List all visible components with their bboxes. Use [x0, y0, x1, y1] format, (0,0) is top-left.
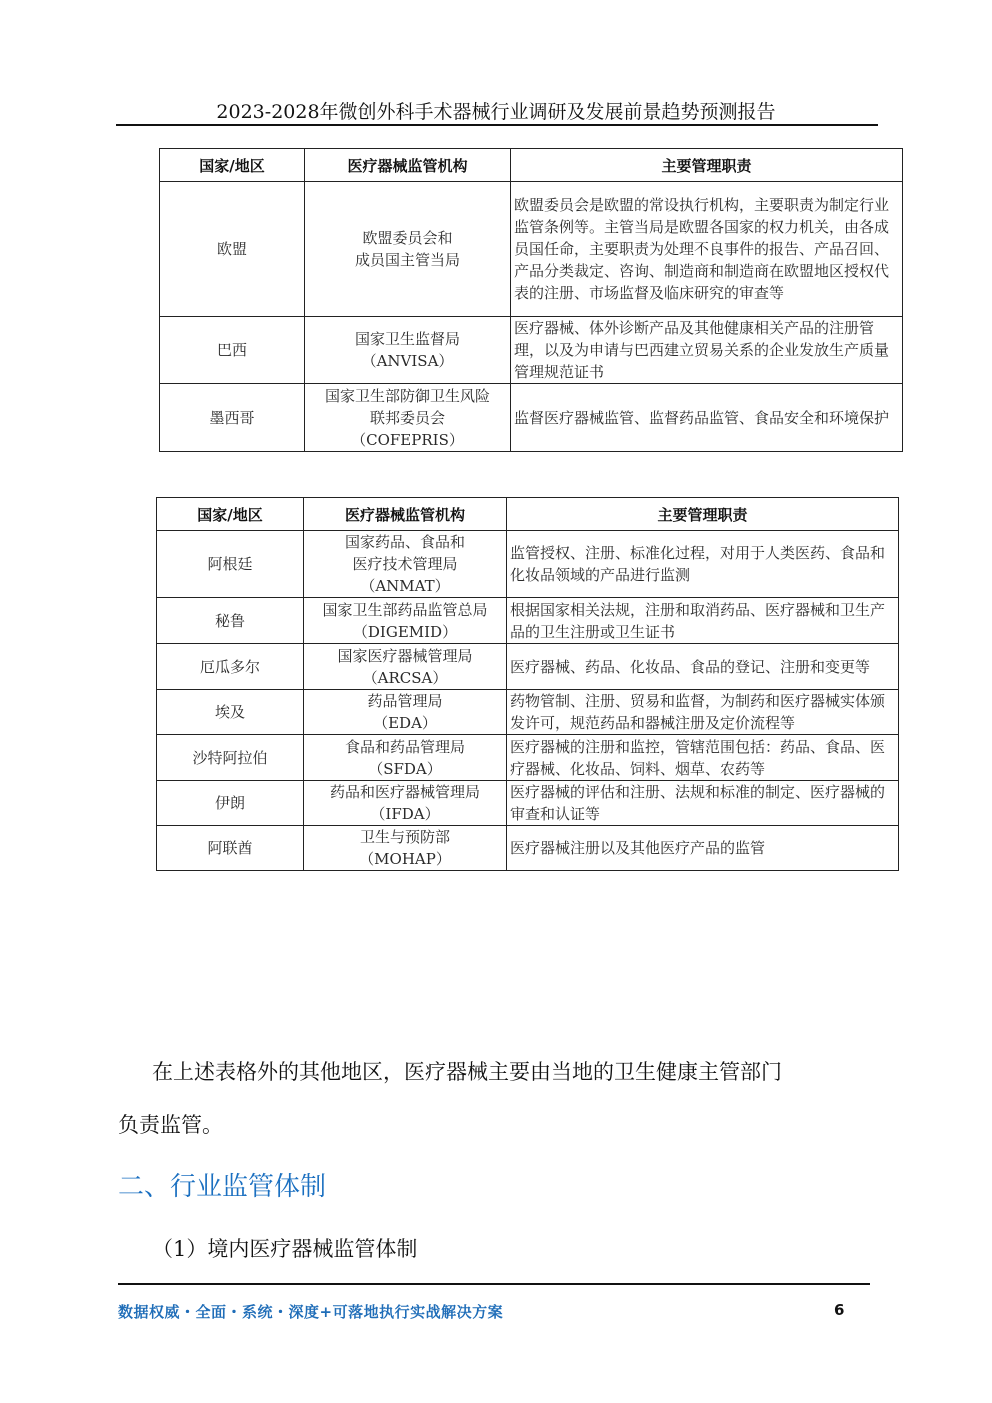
- agency-cell: 欧盟委员会和成员国主管当局: [305, 182, 511, 317]
- agency-cell: 卫生与预防部（MOHAP）: [304, 826, 507, 871]
- duties-cell: 欧盟委员会是欧盟的常设执行机构，主要职责为制定行业监管条例等。主管当局是欧盟各国…: [511, 182, 903, 317]
- agency-line: 国家卫生部防御卫生风险: [307, 385, 508, 407]
- footer-divider: [118, 1283, 870, 1285]
- table-row: 阿根廷 国家药品、食品和医疗技术管理局（ANMAT） 监管授权、注册、标准化过程…: [157, 531, 899, 598]
- agency-line: （COFEPRIS）: [307, 429, 508, 451]
- agency-cell: 药品和医疗器械管理局（IFDA）: [304, 781, 507, 826]
- agency-cell: 食品和药品管理局（SFDA）: [304, 735, 507, 781]
- subsection-heading: （1）境内医疗器械监管体制: [152, 1233, 417, 1263]
- agency-line: （EDA）: [306, 712, 504, 734]
- regulators-table-1: 国家/地区 医疗器械监管机构 主要管理职责 欧盟 欧盟委员会和成员国主管当局 欧…: [159, 148, 903, 452]
- header-divider: [116, 124, 878, 126]
- agency-cell: 国家药品、食品和医疗技术管理局（ANMAT）: [304, 531, 507, 598]
- agency-line: 卫生与预防部: [306, 826, 504, 848]
- agency-cell: 国家医疗器械管理局（ARCSA）: [304, 644, 507, 690]
- agency-line: 成员国主管当局: [307, 249, 508, 271]
- agency-line: 欧盟委员会和: [307, 227, 508, 249]
- duties-cell: 医疗器械、药品、化妆品、食品的登记、注册和变更等: [507, 644, 899, 690]
- agency-line: 国家卫生监督局: [307, 328, 508, 350]
- table-header-row: 国家/地区 医疗器械监管机构 主要管理职责: [160, 149, 903, 182]
- regulators-table-2: 国家/地区 医疗器械监管机构 主要管理职责 阿根廷 国家药品、食品和医疗技术管理…: [156, 497, 899, 871]
- agency-line: 药品和医疗器械管理局: [306, 781, 504, 803]
- agency-line: （MOHAP）: [306, 848, 504, 870]
- table-row: 阿联酋 卫生与预防部（MOHAP） 医疗器械注册以及其他医疗产品的监管: [157, 826, 899, 871]
- region-cell: 埃及: [157, 690, 304, 735]
- column-header-region: 国家/地区: [157, 498, 304, 531]
- body-paragraph-line-2: 负责监管。: [118, 1109, 223, 1139]
- agency-line: （ANVISA）: [307, 350, 508, 372]
- region-cell: 阿联酋: [157, 826, 304, 871]
- duties-cell: 监管授权、注册、标准化过程，对用于人类医药、食品和化妆品领域的产品进行监测: [507, 531, 899, 598]
- agency-line: 国家卫生部药品监管总局: [306, 599, 504, 621]
- region-cell: 巴西: [160, 317, 305, 384]
- table-row: 欧盟 欧盟委员会和成员国主管当局 欧盟委员会是欧盟的常设执行机构，主要职责为制定…: [160, 182, 903, 317]
- table-row: 墨西哥 国家卫生部防御卫生风险联邦委员会（COFEPRIS） 监督医疗器械监管、…: [160, 384, 903, 452]
- column-header-duties: 主要管理职责: [511, 149, 903, 182]
- column-header-agency: 医疗器械监管机构: [304, 498, 507, 531]
- agency-line: 联邦委员会: [307, 407, 508, 429]
- duties-cell: 根据国家相关法规，注册和取消药品、医疗器械和卫生产品的卫生注册或卫生证书: [507, 598, 899, 644]
- region-cell: 欧盟: [160, 182, 305, 317]
- region-cell: 伊朗: [157, 781, 304, 826]
- agency-line: 食品和药品管理局: [306, 736, 504, 758]
- footer-slogan: 数据权威・全面・系统・深度+可落地执行实战解决方案: [118, 1301, 503, 1322]
- region-cell: 秘鲁: [157, 598, 304, 644]
- column-header-region: 国家/地区: [160, 149, 305, 182]
- document-header-title: 2023-2028年微创外科手术器械行业调研及发展前景趋势预测报告: [0, 97, 992, 124]
- duties-cell: 药物管制、注册、贸易和监督，为制药和医疗器械实体颁发许可，规范药品和器械注册及定…: [507, 690, 899, 735]
- duties-cell: 医疗器械的注册和监控，管辖范围包括：药品、食品、医疗器械、化妆品、饲料、烟草、农…: [507, 735, 899, 781]
- duties-cell: 医疗器械注册以及其他医疗产品的监管: [507, 826, 899, 871]
- duties-cell: 医疗器械的评估和注册、法规和标准的制定、医疗器械的审查和认证等: [507, 781, 899, 826]
- table-row: 厄瓜多尔 国家医疗器械管理局（ARCSA） 医疗器械、药品、化妆品、食品的登记、…: [157, 644, 899, 690]
- agency-cell: 国家卫生部防御卫生风险联邦委员会（COFEPRIS）: [305, 384, 511, 452]
- page-number: 6: [834, 1301, 844, 1319]
- table-row: 埃及 药品管理局（EDA） 药物管制、注册、贸易和监督，为制药和医疗器械实体颁发…: [157, 690, 899, 735]
- agency-line: 国家医疗器械管理局: [306, 645, 504, 667]
- table-header-row: 国家/地区 医疗器械监管机构 主要管理职责: [157, 498, 899, 531]
- agency-cell: 国家卫生部药品监管总局（DIGEMID）: [304, 598, 507, 644]
- agency-cell: 药品管理局（EDA）: [304, 690, 507, 735]
- region-cell: 墨西哥: [160, 384, 305, 452]
- column-header-agency: 医疗器械监管机构: [305, 149, 511, 182]
- agency-line: （IFDA）: [306, 803, 504, 825]
- column-header-duties: 主要管理职责: [507, 498, 899, 531]
- agency-line: （SFDA）: [306, 758, 504, 780]
- agency-line: （ANMAT）: [306, 575, 504, 597]
- duties-cell: 监督医疗器械监管、监督药品监管、食品安全和环境保护: [511, 384, 903, 452]
- agency-line: （DIGEMID）: [306, 621, 504, 643]
- region-cell: 阿根廷: [157, 531, 304, 598]
- section-heading: 二、行业监管体制: [118, 1166, 326, 1203]
- agency-cell: 国家卫生监督局（ANVISA）: [305, 317, 511, 384]
- body-paragraph-line-1: 在上述表格外的其他地区，医疗器械主要由当地的卫生健康主管部门: [152, 1056, 782, 1086]
- agency-line: 药品管理局: [306, 690, 504, 712]
- table-row: 沙特阿拉伯 食品和药品管理局（SFDA） 医疗器械的注册和监控，管辖范围包括：药…: [157, 735, 899, 781]
- region-cell: 沙特阿拉伯: [157, 735, 304, 781]
- agency-line: 国家药品、食品和: [306, 531, 504, 553]
- duties-cell: 医疗器械、体外诊断产品及其他健康相关产品的注册管理，以及为申请与巴西建立贸易关系…: [511, 317, 903, 384]
- table-row: 巴西 国家卫生监督局（ANVISA） 医疗器械、体外诊断产品及其他健康相关产品的…: [160, 317, 903, 384]
- agency-line: （ARCSA）: [306, 667, 504, 689]
- table-row: 秘鲁 国家卫生部药品监管总局（DIGEMID） 根据国家相关法规，注册和取消药品…: [157, 598, 899, 644]
- table-row: 伊朗 药品和医疗器械管理局（IFDA） 医疗器械的评估和注册、法规和标准的制定、…: [157, 781, 899, 826]
- region-cell: 厄瓜多尔: [157, 644, 304, 690]
- agency-line: 医疗技术管理局: [306, 553, 504, 575]
